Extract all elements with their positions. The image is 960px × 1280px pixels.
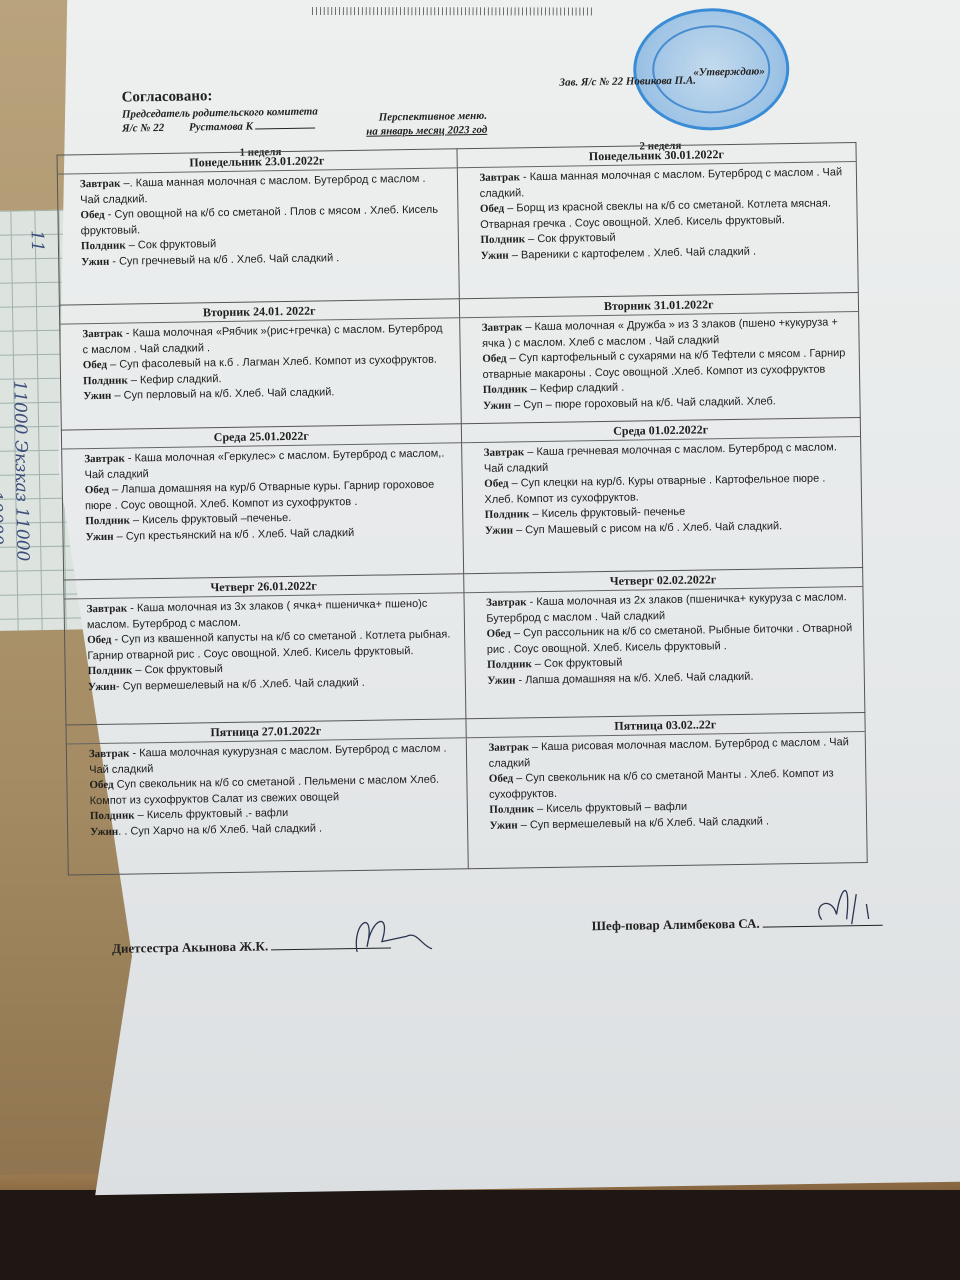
menu-table: Понедельник 23.01.2022гЗавтрак –. Каша м… [57,142,868,875]
subtitle: на январь месяц 2023 год [366,124,487,138]
meal-name: Полдник [480,233,525,246]
day-cell: Пятница 03.02..22гЗавтрак – Каша рисовая… [465,712,867,868]
meal-dishes: – Кисель фруктовый – вафли [534,801,687,815]
meal-name: Полдник [88,664,133,677]
meal-name: Ужин [490,819,518,831]
meal-dishes: – Каша рисовая молочная маслом. Бутербро… [489,736,849,769]
meal-name: Полдник [489,803,534,816]
committee-line: Председатель родительского комитета [122,106,318,121]
title: Перспективное меню. [366,110,487,124]
menu-row: Понедельник 23.01.2022гЗавтрак –. Каша м… [57,143,858,306]
day-meals: Завтрак - Каша молочная «Геркулес» с мас… [62,443,462,551]
meal-dishes: – Борщ из красной свеклы на к/б со смета… [480,197,831,230]
meal-dishes: – Каша молочная « Дружба » из 3 злаков (… [482,316,838,349]
meal-name: Обед [484,478,508,490]
meal-dishes: – Суп фасолевый на к.б . Лагман Хлеб. Ко… [107,354,437,371]
meal-dishes: – Сок фруктовый [126,238,217,251]
day-cell: Вторник 31.01.2022гЗавтрак – Каша молочн… [459,293,860,424]
meal-dishes: - Суп вермешелевый на к/б .Хлеб. Чай сла… [116,676,365,692]
committee-chair-line: Я/с № 22 Рустамова К [122,119,318,134]
meal-name: Ужин [483,399,511,411]
meal-name: Обед [489,773,513,785]
day-meals: Завтрак - Каша молочная «Рябчик »(рис+гр… [60,318,460,411]
meal-dishes: – Суп рассольник на к/б со сметаной. Рыб… [487,622,853,655]
meal-dishes: - Суп овощной на к/б со сметаной . Плов … [81,204,439,237]
meal-dishes: – Кисель фруктовый –печенье. [130,512,292,527]
day-cell: Четверг 02.02.2022гЗавтрак - Каша молочн… [463,567,865,718]
meal-name: Обед [83,359,107,371]
meal-dishes: – Сок фруктовый [525,232,616,245]
meal-name: Обед [482,353,506,365]
meal-name: Полдник [90,809,135,822]
meal-name: Завтрак [488,741,529,754]
meal-name: Полдник [83,374,128,387]
meal-name: Завтрак [482,321,523,334]
meal-name: Завтрак [80,178,121,191]
meal-name: Завтрак [479,171,520,184]
meal-name: Ужин [83,390,111,402]
day-meals: Завтрак - Каша молочная кукурузная с мас… [67,738,467,846]
meal-dishes: - Каша молочная «Рябчик »(рис+гречка) с … [82,323,442,356]
meal-dishes: –. Каша манная молочная с маслом. Бутерб… [80,173,425,206]
meal-dishes: - Каша молочная из 2х злаков (пшеничка+ … [486,591,846,624]
day-cell: Среда 25.01.2022гЗавтрак - Каша молочная… [61,424,463,580]
meal-dishes: . . Суп Харчо на к/б Хлеб. Чай сладкий . [118,822,322,837]
day-cell: Вторник 24.01. 2022гЗавтрак - Каша молоч… [59,299,460,430]
approved-label: Согласовано: [122,87,318,107]
day-meals: Завтрак – Каша рисовая молочная маслом. … [466,732,866,840]
day-cell: Пятница 27.01.2022гЗавтрак - Каша молочн… [66,719,468,875]
blurred-header-line: ||||||||||||||||||||||||||||||||||||||||… [310,6,592,15]
meal-name: Завтрак [84,453,125,466]
approval-block: Согласовано: Председатель родительского … [122,87,319,135]
meal-name: Ужин [487,674,515,686]
meal-dishes: - Каша молочная кукурузная с маслом. Бут… [89,743,446,776]
meal-dishes: - Каша молочная «Геркулес» с маслом. Бут… [84,448,444,481]
meal-dishes: - Каша молочная из 3х злаков ( ячка+ пше… [87,598,428,631]
day-meals: Завтрак – Каша гречневая молочная с масл… [462,437,862,545]
day-cell: Четверг 26.01.2022гЗавтрак - Каша молочн… [64,574,466,725]
meal-item: Обед - Суп из квашенной капусты на к/б с… [87,627,454,664]
meal-item: Обед – Суп картофельный с сухарями на к/… [482,346,849,383]
meal-dishes: – Кефир сладкий . [527,382,624,396]
meal-dishes: – Кисель фруктовый- печенье [529,506,685,520]
meal-dishes: – Лапша домашняя на кур/б Отварные куры.… [85,479,434,512]
meal-name: Ужин [481,249,509,261]
meal-name: Полдник [483,383,528,396]
meal-dishes: Суп свекольник на к/б со сметаной . Пель… [90,774,440,807]
day-meals: Завтрак - Каша молочная из 2х злаков (пш… [464,587,864,695]
meal-name: Полдник [487,658,532,671]
signature-scribble-icon [336,901,437,963]
meal-dishes: – Сок фруктовый [132,663,223,676]
meal-dishes: – Каша гречневая молочная с маслом. Буте… [484,441,837,474]
day-meals: Завтрак - Каша манная молочная с маслом.… [457,162,857,270]
day-cell: Понедельник 30.01.2022гЗавтрак - Каша ма… [456,143,858,299]
meal-name: Обед [80,209,104,221]
meal-dishes: – Суп картофельный с сухарями на к/б Теф… [482,347,845,380]
meal-dishes: – Суп клецки на кур/б. Куры отварные . К… [484,473,825,506]
document-title: Перспективное меню. на январь месяц 2023… [366,110,487,138]
meal-name: Обед [480,203,504,215]
meal-dishes: - Лапша домашняя на к/б. Хлеб. Чай сладк… [515,670,753,686]
head-line: Зав. Я/с № 22 Новикова П.А. [559,75,696,89]
day-meals: Завтрак – Каша молочная « Дружба » из 3 … [460,312,860,420]
meal-name: Ужин [88,680,116,692]
meal-dishes: – Суп перловый на к/б. Хлеб. Чай сладкий… [111,386,334,402]
meal-dishes: - Каша манная молочная с маслом. Бутербр… [480,166,843,199]
meal-dishes: – Кисель фруктовый .- вафли [134,807,288,821]
menu-row: Вторник 24.01. 2022гЗавтрак - Каша молоч… [59,293,860,431]
day-cell: Среда 01.02.2022гЗавтрак – Каша гречнева… [461,418,863,574]
meal-name: Ужин [85,530,113,542]
day-meals: Завтрак - Каша молочная из 3х злаков ( я… [65,593,465,701]
approve-label: «Утверждаю» [693,65,765,78]
meal-dishes: - Суп гречневый на к/б . Хлеб. Чай сладк… [109,252,339,268]
meal-dishes: – Сок фруктовый [532,657,623,670]
meal-name: Завтрак [484,446,525,459]
meal-dishes: – Суп свекольник на к/б со сметаной Мант… [489,767,834,800]
meal-name: Обед [87,634,111,646]
meal-dishes: – Кефир сладкий. [128,373,222,386]
meal-name: Обед [85,484,109,496]
meal-name: Завтрак [87,603,128,616]
meal-dishes: - Суп из квашенной капусты на к/б со сме… [87,628,450,661]
meal-name: Завтрак [486,596,527,609]
meal-name: Завтрак [82,328,123,341]
dietitian-name: Диетсестра Акынова Ж.К. [112,938,268,955]
day-meals: Завтрак –. Каша манная молочная с маслом… [58,168,458,276]
meal-name: Обед [487,628,511,640]
meal-dishes: – Суп крестьянский на к/б . Хлеб. Чай сл… [113,526,354,542]
signature-scribble-icon [806,873,907,935]
meal-name: Ужин [90,825,118,837]
meal-name: Завтрак [89,748,130,761]
menu-row: Пятница 27.01.2022гЗавтрак - Каша молочн… [66,712,867,875]
meal-name: Полдник [81,240,126,253]
chef-name: Шеф-повар Алимбекова СА. [592,916,760,934]
menu-row: Четверг 26.01.2022гЗавтрак - Каша молочн… [64,567,865,725]
meal-dishes: – Вареники с картофелем . Хлеб. Чай слад… [509,245,757,261]
menu-row: Среда 25.01.2022гЗавтрак - Каша молочная… [61,418,862,581]
kindergarten-number: Я/с № 22 [122,122,164,135]
meal-name: Обед [89,779,113,791]
meal-dishes: – Суп вермешелевый на к/б Хлеб. Чай слад… [518,815,770,831]
committee-chair: Рустамова К [189,121,253,134]
meal-name: Полдник [85,515,130,528]
meal-dishes: – Суп Машевый с рисом на к/б . Хлеб. Чай… [513,520,782,536]
meal-dishes: – Суп – пюре гороховый на к/б. Чай сладк… [511,395,776,411]
meal-name: Ужин [81,255,109,267]
day-cell: Понедельник 23.01.2022гЗавтрак –. Каша м… [57,149,459,305]
meal-name: Полдник [485,508,530,521]
meal-name: Ужин [485,524,513,536]
document-page: ||||||||||||||||||||||||||||||||||||||||… [0,0,960,1280]
